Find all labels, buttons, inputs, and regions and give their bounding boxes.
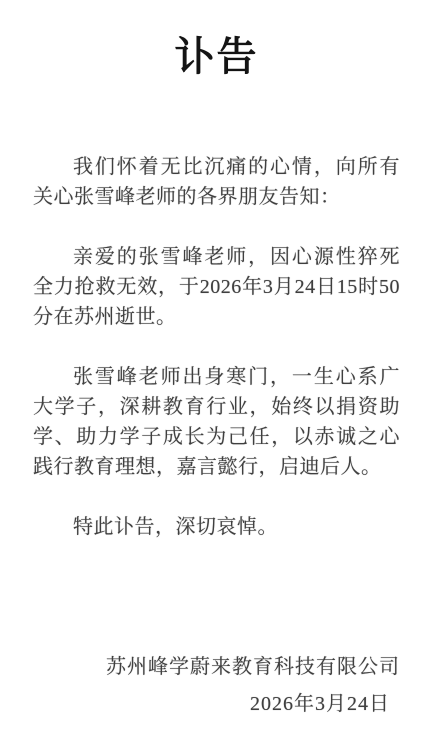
signature-organization: 苏州峰学蔚来教育科技有限公司 (33, 652, 400, 682)
obituary-document: 讣告 我们怀着无比沉痛的心情，向所有关心张雪峰老师的各界朋友告知： 亲爱的张雪峰… (0, 0, 433, 739)
notice-body: 我们怀着无比沉痛的心情，向所有关心张雪峰老师的各界朋友告知： 亲爱的张雪峰老师，… (33, 152, 400, 542)
page-title: 讣告 (33, 35, 400, 79)
notice-paragraph-death-announcement: 亲爱的张雪峰老师，因心源性猝死全力抢救无效，于2026年3月24日15时50分在… (33, 242, 400, 332)
notice-paragraph-condolence: 特此讣告，深切哀悼。 (33, 512, 400, 542)
notice-paragraph-intro: 我们怀着无比沉痛的心情，向所有关心张雪峰老师的各界朋友告知： (33, 152, 400, 212)
notice-paragraph-biography: 张雪峰老师出身寒门，一生心系广大学子，深耕教育行业，始终以捐资助学、助力学子成长… (33, 362, 400, 482)
signature-block: 苏州峰学蔚来教育科技有限公司 2026年3月24日 (33, 652, 400, 719)
signature-date: 2026年3月24日 (33, 689, 400, 719)
